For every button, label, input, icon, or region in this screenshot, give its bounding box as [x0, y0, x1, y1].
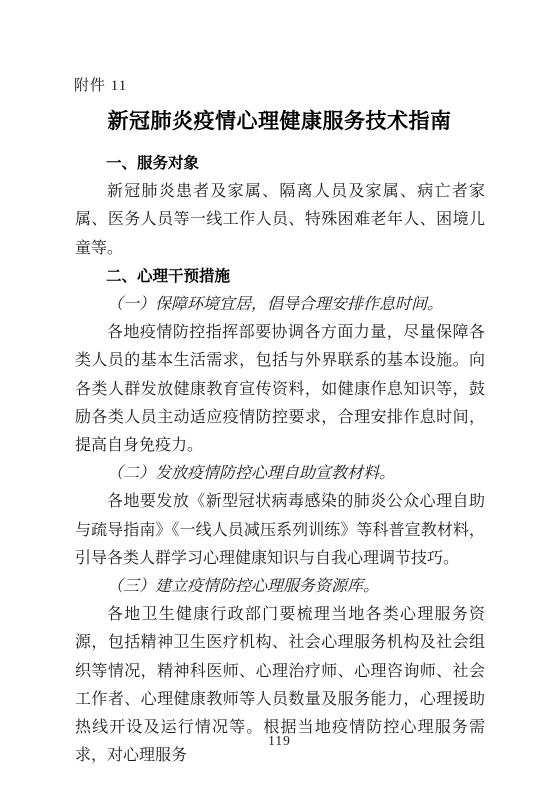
section-heading-service-targets: 一、服务对象 [75, 150, 485, 178]
document-body: 一、服务对象 新冠肺炎患者及家属、隔离人员及家属、病亡者家属、医务人员等一线工作… [75, 150, 485, 770]
section-heading-intervention-measures: 二、心理干预措施 [75, 263, 485, 291]
document-title: 新冠肺炎疫情心理健康服务技术指南 [0, 105, 559, 135]
subsection-heading-resource-library: （三）建立疫情防控心理服务资源库。 [75, 573, 485, 601]
paragraph-self-help-materials: 各地要发放《新型冠状病毒感染的肺炎公众心理自助与疏导指南》《一线人员减压系列训练… [75, 488, 485, 573]
subsection-heading-self-help-materials: （二）发放疫情防控心理自助宣教材料。 [75, 460, 485, 488]
attachment-label: 附件 11 [74, 74, 127, 95]
paragraph-service-targets: 新冠肺炎患者及家属、隔离人员及家属、病亡者家属、医务人员等一线工作人员、特殊困难… [75, 178, 485, 263]
subsection-heading-living-environment: （一）保障环境宜居，倡导合理安排作息时间。 [75, 291, 485, 319]
document-page: 附件 11 新冠肺炎疫情心理健康服务技术指南 一、服务对象 新冠肺炎患者及家属、… [0, 0, 559, 793]
paragraph-living-environment: 各地疫情防控指挥部要协调各方面力量，尽量保障各类人员的基本生活需求，包括与外界联… [75, 319, 485, 460]
page-number: 119 [0, 733, 559, 749]
